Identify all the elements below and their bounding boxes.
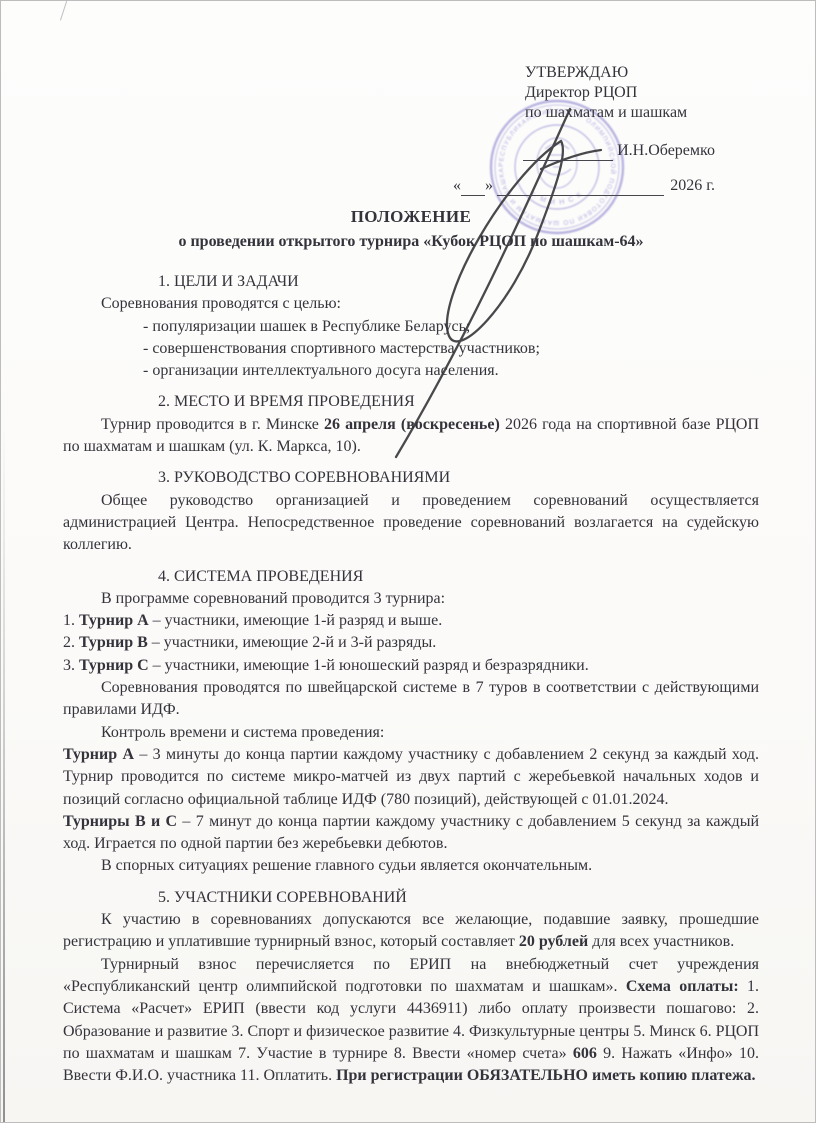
section-heading: 3. РУКОВОДСТВО СОРЕВНОВАНИЯМИ [158,467,759,489]
text-run: 20 рублей [519,933,588,950]
paragraph: Общее руководство организацией и проведе… [63,490,759,557]
date-day-line [461,180,485,196]
paragraph: 3. Турнир С – участники, имеющие 1-й юно… [63,655,759,677]
text-run: Общее руководство организацией и проведе… [63,492,759,554]
text-run: Турнир А [79,612,149,629]
text-run: Соревнования проводятся с целью: [101,295,341,312]
text-run: – участники, имеющие 1-й разряд и выше. [149,612,443,629]
paragraph: К участию в соревнованиях допускаются вс… [63,909,759,954]
document-page: РЕСПУБЛИКАНСКИЙ ЦЕНТР ОЛИМПИЙСКОЙ ПОДГОТ… [0,0,816,1123]
approval-block: УТВЕРЖДАЮ Директор РЦОП по шахматам и ша… [453,63,715,196]
section-heading: 2. МЕСТО И ВРЕМЯ ПРОВЕДЕНИЯ [158,391,759,413]
text-run: - организации интеллектуального досуга н… [143,362,499,379]
text-run: Турнир С [79,657,149,674]
section-blocks: Турнир проводится в г. Минске 26 апреля … [63,414,759,459]
text-run: 26 апреля (воскресенье) [324,416,500,433]
section-heading: 4. СИСТЕМА ПРОВЕДЕНИЯ [158,566,759,588]
paragraph: Турниры В и С – 7 минут до конца партии … [63,811,759,856]
paragraph: Турнир А – 3 минуты до конца партии кажд… [63,744,759,811]
section-heading: 1. ЦЕЛИ И ЗАДАЧИ [158,271,759,293]
text-run: 2. [63,634,79,651]
text-run: При регистрации ОБЯЗАТЕЛЬНО иметь копию … [336,1067,755,1084]
text-run: Турниры В и С [63,813,177,830]
scan-edge-artifact [3,421,5,1122]
section-blocks: В программе соревнований проводится 3 ту… [63,588,759,878]
open-quote: « [453,176,461,196]
section: 2. МЕСТО И ВРЕМЯ ПРОВЕДЕНИЯ Турнир прово… [63,391,759,458]
text-run: Контроль времени и система проведения: [101,724,384,741]
text-run: Схема оплаты: [626,978,739,995]
text-run: В программе соревнований проводится 3 ту… [101,590,445,607]
paragraph: - популяризации шашек в Республике Белар… [143,316,759,338]
text-run: – участники, имеющие 1-й юношеский разря… [149,657,589,674]
section: 3. РУКОВОДСТВО СОРЕВНОВАНИЯМИ Общее руко… [63,467,759,556]
section: 4. СИСТЕМА ПРОВЕДЕНИЯ В программе соревн… [63,566,759,878]
date-month-line [497,180,664,196]
text-run: Турнир А [63,746,134,763]
text-run: 3. [63,657,79,674]
paragraph: Контроль времени и система проведения: [63,722,759,744]
date-row: « » 2026 г. [453,176,715,196]
approval-position-line1: Директор РЦОП [453,83,715,103]
date-year: 2026 г. [670,176,715,196]
paragraph: - совершенствования спортивного мастерст… [143,338,759,360]
section-blocks: К участию в соревнованиях допускаются вс… [63,909,759,1087]
section-heading: 5. УЧАСТНИКИ СОРЕВНОВАНИЙ [158,887,759,909]
paragraph: Соревнования проводятся по швейцарской с… [63,677,759,722]
text-run: Турнир В [79,634,148,651]
document-title: ПОЛОЖЕНИЕ [63,207,759,227]
section-blocks: Соревнования проводятся с целью: - попул… [63,293,759,382]
paragraph: Соревнования проводятся с целью: [63,293,759,315]
paragraph: 2. Турнир В – участники, имеющие 2-й и 3… [63,632,759,654]
paragraph: - организации интеллектуального досуга н… [143,360,759,382]
director-name: И.Н.Оберемко [617,141,715,161]
scan-pencil-mark [60,0,81,25]
text-run: - совершенствования спортивного мастерст… [143,340,540,357]
section: 5. УЧАСТНИКИ СОРЕВНОВАНИЙ К участию в со… [63,887,759,1088]
paragraph: 1. Турнир А – участники, имеющие 1-й раз… [63,610,759,632]
paragraph: Турнирный взнос перечисляется по ЕРИП на… [63,954,759,1088]
text-run: – 3 минуты до конца партии каждому участ… [63,746,759,808]
text-run: - популяризации шашек в Республике Белар… [143,318,470,335]
paragraph: В программе соревнований проводится 3 ту… [63,588,759,610]
document-subtitle: о проведении открытого турнира «Кубок РЦ… [63,233,759,251]
signature-row: И.Н.Оберемко [453,141,715,161]
text-run: 606 [573,1045,597,1062]
text-run: Турнир проводится в г. Минске [101,416,324,433]
approval-position-line2: по шахматам и шашкам [453,103,715,123]
text-run: – участники, имеющие 2-й и 3-й разряды. [148,634,436,651]
text-run: Соревнования проводятся по швейцарской с… [63,679,759,718]
document-body: ПОЛОЖЕНИЕ о проведении открытого турнира… [63,207,759,1087]
text-run: 1. [63,612,79,629]
text-run: В спорных ситуациях решение главного суд… [101,857,592,874]
paragraph: Турнир проводится в г. Минске 26 апреля … [63,414,759,459]
close-quote: » [485,176,493,196]
approval-word: УТВЕРЖДАЮ [453,63,715,83]
text-run: для всех участников. [588,933,734,950]
section: 1. ЦЕЛИ И ЗАДАЧИ Соревнования проводятся… [63,271,759,382]
sections: 1. ЦЕЛИ И ЗАДАЧИ Соревнования проводятся… [63,271,759,1087]
section-blocks: Общее руководство организацией и проведе… [63,490,759,557]
signature-line [523,145,613,161]
paragraph: В спорных ситуациях решение главного суд… [63,855,759,877]
